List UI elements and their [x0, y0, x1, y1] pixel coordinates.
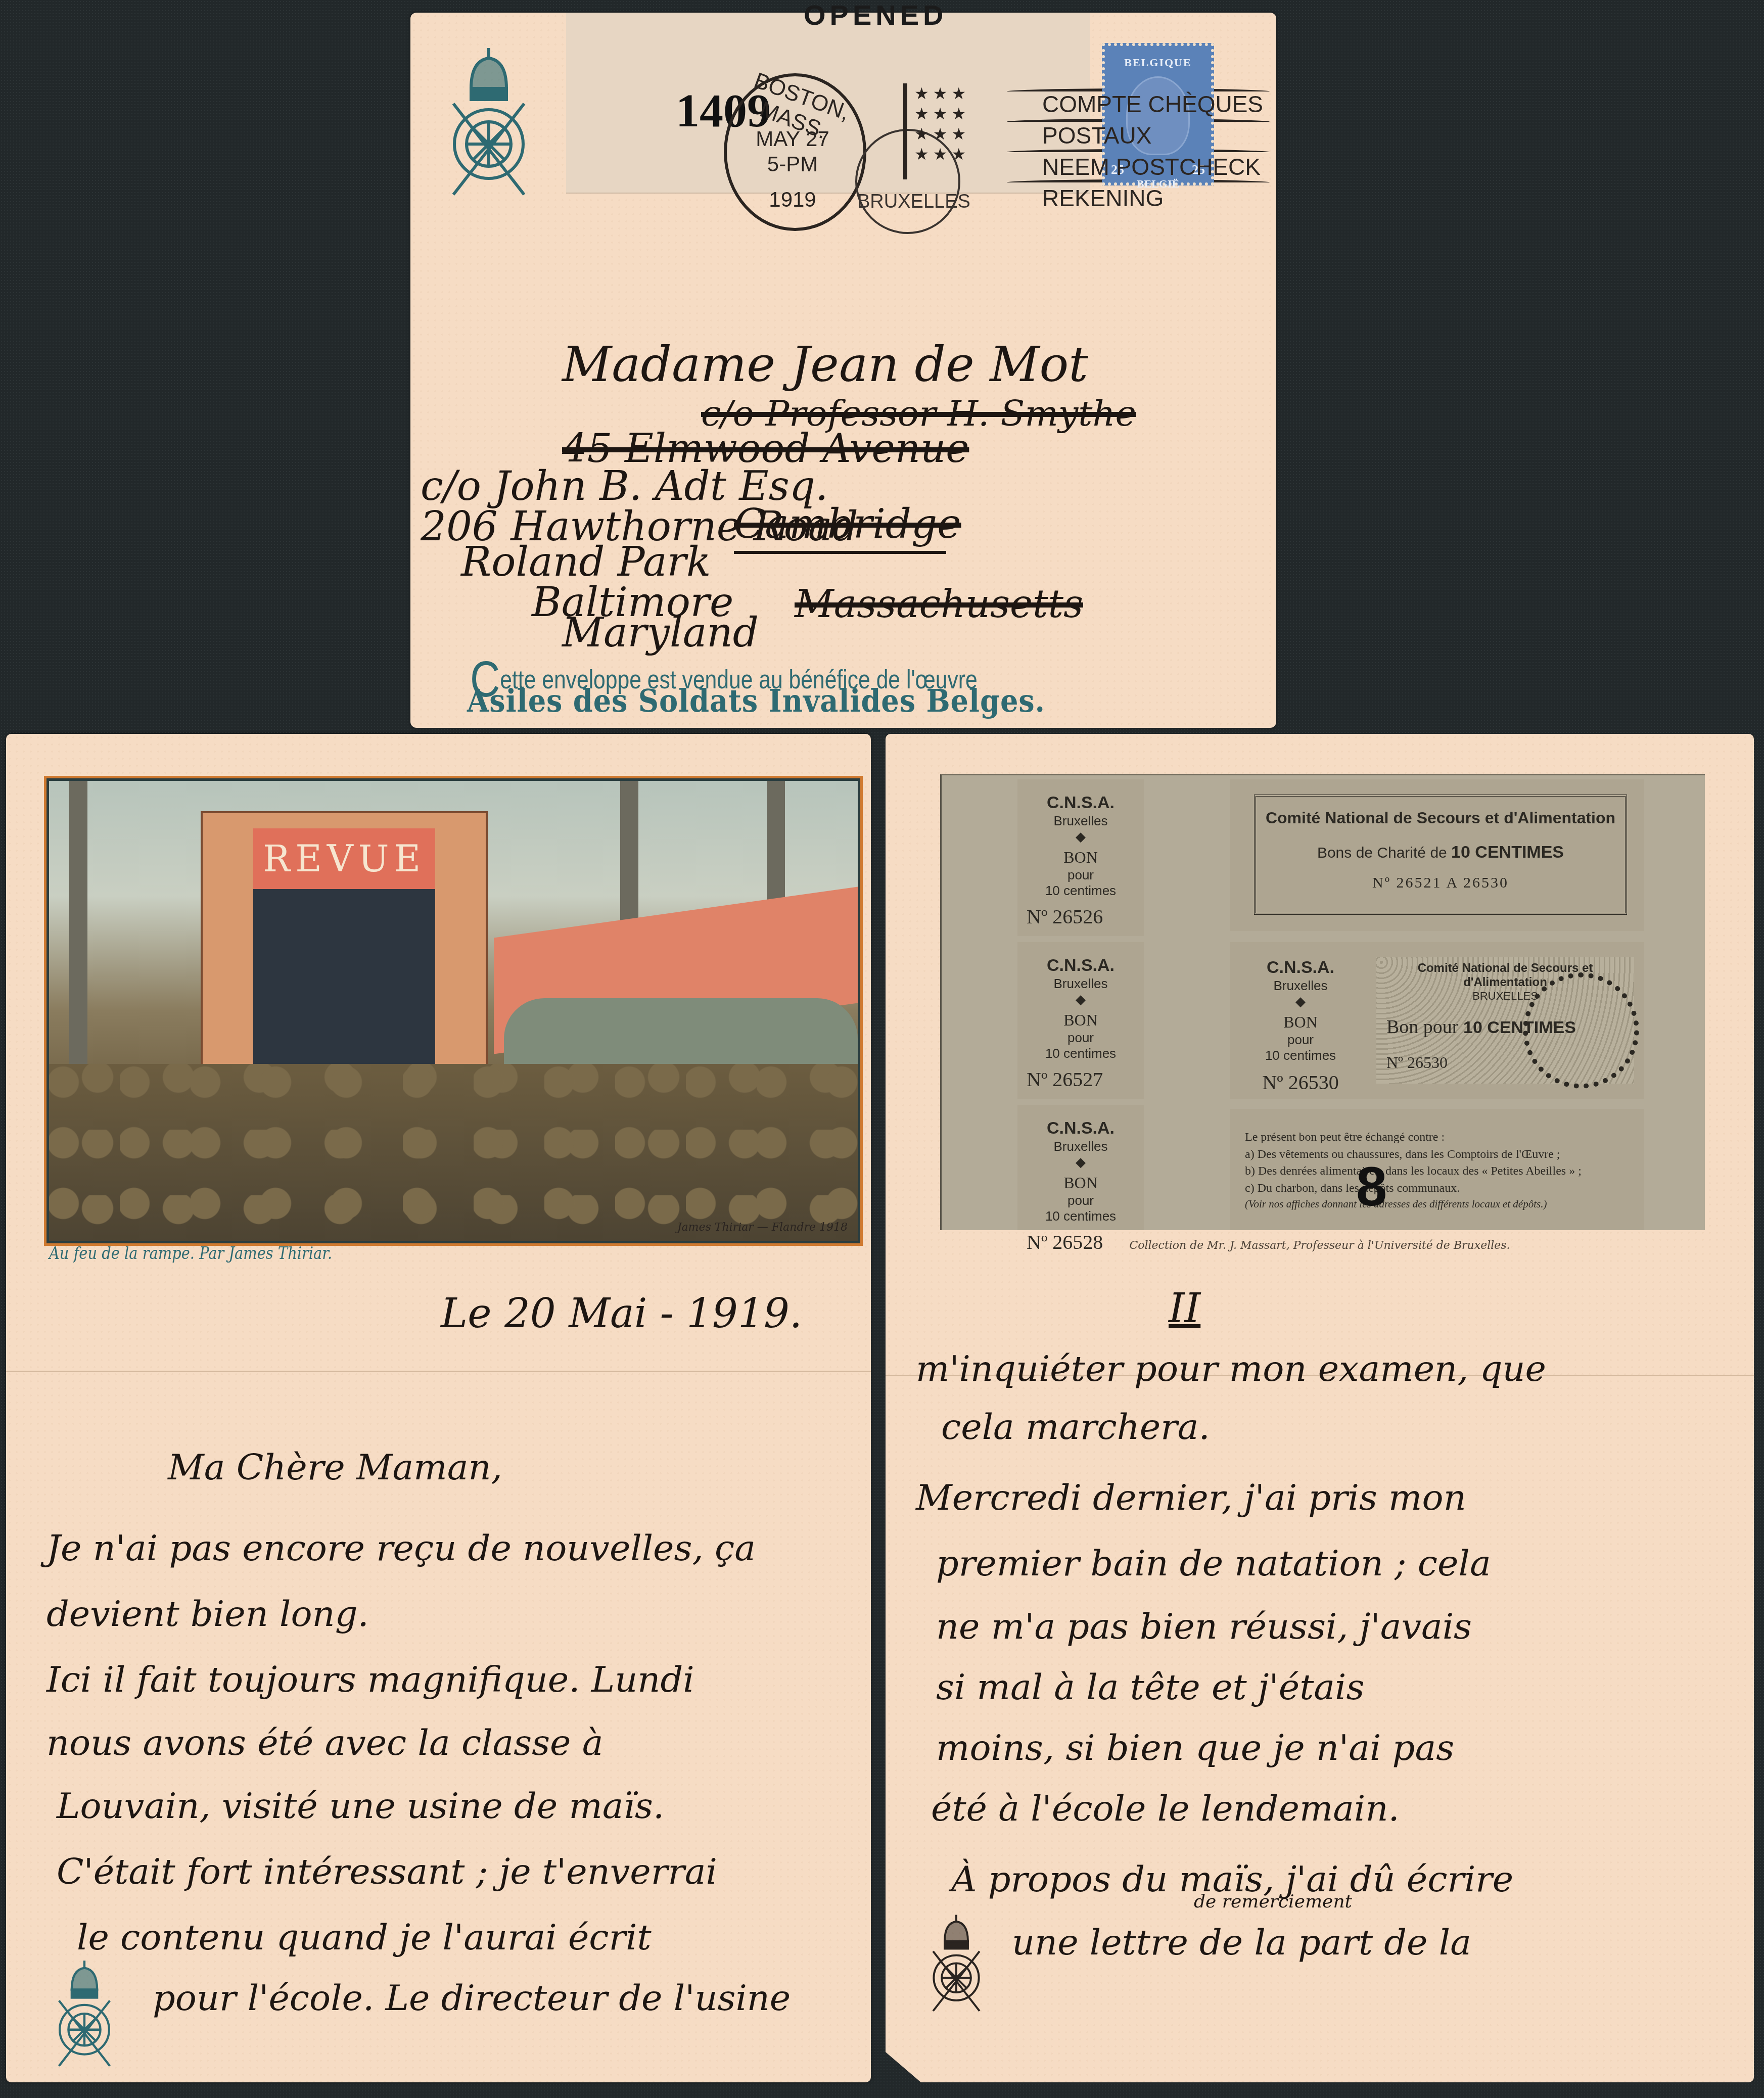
back-item-c: c) Du charbon, dans les dépôts communaux…: [1245, 1180, 1644, 1197]
slogan-line: NEEM POSTCHECK: [1042, 151, 1276, 182]
struck-state: Massachusetts: [795, 581, 1083, 626]
letter-line: si mal à la tête et j'étais: [936, 1666, 1364, 1708]
letter-line: Je n'ai pas encore reçu de nouvelles, ça: [47, 1527, 756, 1569]
photo-credit: Collection de Mr. J. Massart, Professeur…: [886, 1239, 1754, 1252]
ticket-stub-amount: 10 centimes: [1230, 1048, 1371, 1063]
cover-title: Comité National de Secours et d'Alimenta…: [1256, 809, 1625, 827]
stub-amount: 10 centimes: [1017, 883, 1144, 899]
voucher-photograph: C.N.S.A. Bruxelles ◆ BON pour 10 centime…: [940, 774, 1705, 1230]
soldier-crowd: [49, 1064, 858, 1243]
stub-org: C.N.S.A.: [1017, 1118, 1144, 1139]
cover-amount: 10 CENTIMES: [1451, 843, 1564, 862]
postmark-time: 5-PM: [747, 152, 838, 176]
ticket-stub-bon: BON: [1230, 1012, 1371, 1032]
letter-date: Le 20 Mai - 1919.: [441, 1290, 802, 1337]
ticket-bon-pour: Bon pour: [1386, 1016, 1459, 1038]
boston-postmark: BOSTON, MASS. MAY 27 5-PM 1919: [724, 73, 866, 231]
envelope: OPENED 1409 BOSTON, MASS. MAY 27 5-PM 19…: [410, 13, 1276, 728]
cover-range: Nº 26521 A 26530: [1256, 874, 1625, 892]
postmark-year: 1919: [747, 188, 838, 212]
letter-line: ne m'a pas bien réussi, j'avais: [936, 1606, 1472, 1647]
overprint-number: 8: [1356, 1154, 1387, 1219]
ticket-stub-number: Nº 26530: [1230, 1070, 1371, 1095]
postmark-date: MAY 27: [747, 127, 838, 151]
stub-bon: BON: [1017, 1010, 1144, 1030]
stub-amount: 10 centimes: [1017, 1046, 1144, 1061]
diamond-icon: ◆: [1230, 994, 1371, 1009]
ticket-stub-org: C.N.S.A.: [1230, 957, 1371, 978]
stub-bon: BON: [1017, 1173, 1144, 1192]
illustration-caption: Au feu de la rampe. Par James Thiriar.: [49, 1243, 332, 1264]
censor-label-top-text: OPENED: [804, 0, 948, 31]
diamond-icon: ◆: [1017, 1154, 1144, 1170]
back-note: (Voir nos affiches donnant les adresses …: [1245, 1197, 1644, 1211]
letter-line: devient bien long.: [47, 1593, 369, 1635]
revue-stage: REVUE: [201, 811, 488, 1068]
letter-page-2: C.N.S.A. Bruxelles ◆ BON pour 10 centime…: [886, 734, 1754, 2082]
voucher-ticket: C.N.S.A. Bruxelles ◆ BON pour 10 centime…: [1230, 942, 1644, 1099]
ticket-stub-pour: pour: [1230, 1032, 1371, 1048]
artist-signature: James Thiriar — Flandre 1918: [677, 1221, 848, 1234]
flag-cancel-icon: ★ ★ ★★ ★ ★★ ★ ★★ ★ ★: [903, 83, 1010, 179]
letter-line: Louvain, visité une usine de maïs.: [57, 1785, 664, 1827]
stamp-country: BELGIQUE: [1105, 56, 1211, 69]
stub-number: Nº 26527: [1017, 1067, 1144, 1092]
voucher-back: Le présent bon peut être échangé contre …: [1230, 1109, 1644, 1230]
cover-subtitle: Bons de Charité de: [1317, 845, 1447, 861]
letter-line: C'était fort intéressant ; je t'enverrai: [57, 1851, 717, 1892]
letter-line: moins, si bien que je n'ai pas: [936, 1727, 1454, 1768]
stub-city: Bruxelles: [1017, 1139, 1144, 1154]
stub-pour: pour: [1017, 1193, 1144, 1208]
diamond-icon: ◆: [1017, 992, 1144, 1007]
official-seal-icon: [1523, 972, 1639, 1089]
strike-line: [734, 551, 946, 554]
letter-line: une lettre de la part de la: [1012, 1922, 1471, 1963]
addressee-name: Madame Jean de Mot: [562, 336, 1088, 393]
voucher-stub: C.N.S.A. Bruxelles ◆ BON pour 10 centime…: [1017, 942, 1144, 1099]
ticket-stub-city: Bruxelles: [1230, 978, 1371, 994]
letter-line: Mercredi dernier, j'ai pris mon: [916, 1477, 1466, 1518]
letter-line: cela marchera.: [941, 1406, 1210, 1448]
crest-icon: [913, 1911, 999, 2018]
stage-opening: [253, 889, 435, 1066]
machine-slogan-cancel: COMPTE CHÈQUES POSTAUX NEEM POSTCHECK RE…: [1042, 88, 1276, 214]
page-number: II: [1169, 1285, 1200, 1332]
back-intro: Le présent bon peut être échangé contre …: [1245, 1129, 1644, 1146]
struck-city: Cambridge: [734, 500, 961, 547]
charity-name: Asiles des Soldats Invalides Belges.: [467, 682, 1045, 719]
back-item-a: a) Des vêtements ou chaussures, dans les…: [1245, 1146, 1644, 1163]
stub-number: Nº 26526: [1017, 905, 1144, 929]
slogan-line: REKENING: [1042, 182, 1276, 214]
voucher-stub: C.N.S.A. Bruxelles ◆ BON pour 10 centime…: [1017, 1105, 1144, 1230]
stage-sign: REVUE: [253, 828, 435, 889]
stub-pour: pour: [1017, 867, 1144, 883]
crest-icon: [443, 43, 534, 205]
letter-line: été à l'école le lendemain.: [931, 1788, 1400, 1829]
stub-bon: BON: [1017, 848, 1144, 867]
forward-state: Maryland: [562, 609, 759, 656]
stub-amount: 10 centimes: [1017, 1208, 1144, 1224]
stub-org: C.N.S.A.: [1017, 792, 1144, 813]
letter-page-1: REVUE James Thiriar — Flandre 1918 Au fe…: [6, 734, 871, 2082]
fold-crease: [6, 1371, 871, 1372]
stub-pour: pour: [1017, 1030, 1144, 1046]
back-item-b: b) Des denrées alimentaires, dans les lo…: [1245, 1163, 1644, 1180]
diamond-icon: ◆: [1017, 829, 1144, 845]
letter-line: Ici il fait toujours magnifique. Lundi: [47, 1659, 694, 1700]
revue-illustration: REVUE James Thiriar — Flandre 1918: [47, 778, 860, 1243]
voucher-booklet-cover: Comité National de Secours et d'Alimenta…: [1230, 779, 1644, 931]
letter-line: pour l'école. Le directeur de l'usine: [153, 1977, 791, 2019]
letter-line: m'inquiéter pour mon examen, que: [916, 1348, 1546, 1389]
slogan-line: COMPTE CHÈQUES POSTAUX: [1042, 88, 1276, 151]
crest-icon: [36, 1957, 132, 2073]
voucher-stub: C.N.S.A. Bruxelles ◆ BON pour 10 centime…: [1017, 779, 1144, 936]
letter-line: premier bain de natation ; cela: [936, 1543, 1491, 1584]
stub-city: Bruxelles: [1017, 813, 1144, 829]
letter-line: nous avons été avec la classe à: [47, 1722, 604, 1763]
letter-line: Ma Chère Maman,: [168, 1447, 502, 1488]
stub-city: Bruxelles: [1017, 976, 1144, 992]
inserted-word: de remerciement: [1194, 1891, 1352, 1912]
stub-org: C.N.S.A.: [1017, 955, 1144, 976]
letter-line: le contenu quand je l'aurai écrit: [77, 1917, 652, 1958]
